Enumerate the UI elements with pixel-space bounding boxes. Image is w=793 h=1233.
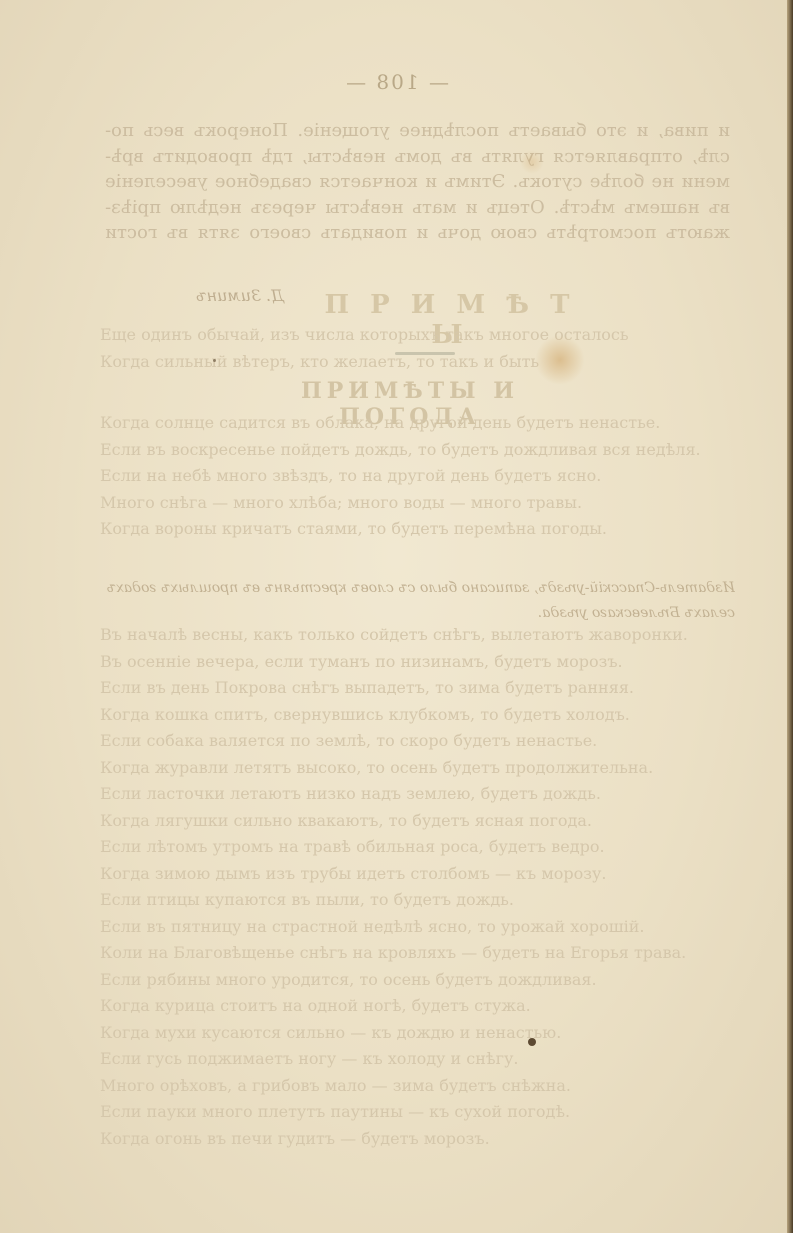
ghost-line: Если въ воскресенье пойдетъ дождь, то бу… bbox=[100, 437, 735, 464]
ghost-line: Когда кошка спитъ, свернувшись клубкомъ,… bbox=[100, 702, 735, 729]
ghost-line: Если рябины много уродится, то осень буд… bbox=[100, 967, 735, 994]
footnote: Издатель-Спасскій-уѣздъ, записано было с… bbox=[105, 576, 735, 626]
ghost-line: Если пауки много плетутъ паутины — къ су… bbox=[100, 1099, 735, 1126]
paragraph-line: въ нашемъ мѣстѣ. Отецъ и мать невѣсты че… bbox=[105, 195, 730, 221]
ghost-line: Много снѣга — много хлѣба; много воды — … bbox=[100, 490, 735, 517]
footnote-line: Издатель-Спасскій-уѣздъ, записано было с… bbox=[105, 576, 735, 601]
ghost-line: Когда вороны кричатъ стаями, то будетъ п… bbox=[100, 516, 735, 543]
ghost-line: Когда лягушки сильно квакаютъ, то будетъ… bbox=[100, 808, 735, 835]
ghost-line: Когда мухи кусаются сильно — къ дождю и … bbox=[100, 1020, 735, 1047]
ghost-line: Если ласточки летаютъ низко надъ землею,… bbox=[100, 781, 735, 808]
ghost-line: Когда зимою дымъ изъ трубы идетъ столбом… bbox=[100, 861, 735, 888]
ghost-line: Въ осенніе вечера, если туманъ по низина… bbox=[100, 649, 735, 676]
ghost-line: Если гусь поджимаетъ ногу — къ холоду и … bbox=[100, 1046, 735, 1073]
ghost-line: Если въ день Покрова снѣгъ выпадетъ, то … bbox=[100, 675, 735, 702]
paper-stain bbox=[535, 335, 585, 385]
ghost-line: Еще одинъ обычай, изъ числа которыхъ так… bbox=[100, 322, 735, 349]
decorative-rule bbox=[395, 352, 455, 355]
ghost-line: Когда курица стоитъ на одной ногѣ, будет… bbox=[100, 993, 735, 1020]
ghost-line: Если на небѣ много звѣздъ, то на другой … bbox=[100, 463, 735, 490]
scanned-book-page: — 108 — и пива, и это бываетъ послѣднее … bbox=[0, 0, 793, 1233]
ghost-line: Когда огонь въ печи гудитъ — будетъ моро… bbox=[100, 1126, 735, 1153]
ghost-line: Если лѣтомъ утромъ на травѣ обильная рос… bbox=[100, 834, 735, 861]
ghost-line: Когда журавли летятъ высоко, то осень бу… bbox=[100, 755, 735, 782]
ink-speck bbox=[528, 1038, 536, 1046]
ghost-line: Когда солнце садится въ облака, на друго… bbox=[100, 410, 735, 437]
ink-speck bbox=[213, 359, 216, 362]
ghost-line: Если въ пятницу на страстной недѣлѣ ясно… bbox=[100, 914, 735, 941]
ghost-text-block-middle: Когда солнце садится въ облака, на друго… bbox=[100, 410, 735, 543]
paragraph-line: мени не болѣе сутокъ. Этимъ и кончается … bbox=[105, 169, 730, 195]
page-number: — 108 — bbox=[0, 70, 793, 94]
ghost-line: Если собака валяется по землѣ, то скоро … bbox=[100, 728, 735, 755]
book-binding-edge bbox=[787, 0, 793, 1233]
paragraph-line: жаютъ посмотрѣть свою дочь и повидать св… bbox=[105, 220, 730, 246]
ghost-text-block-upper: Еще одинъ обычай, изъ числа которыхъ так… bbox=[100, 322, 735, 375]
ghost-line: Много орѣховъ, а грибовъ мало — зима буд… bbox=[100, 1073, 735, 1100]
ghost-line: Если птицы купаются въ пыли, то будетъ д… bbox=[100, 887, 735, 914]
paragraph-line: и пива, и это бываетъ послѣднее угощеніе… bbox=[105, 118, 730, 144]
ghost-line: Въ началѣ весны, какъ только сойдетъ снѣ… bbox=[100, 622, 735, 649]
ghost-text-block-lower: Въ началѣ весны, какъ только сойдетъ снѣ… bbox=[100, 622, 735, 1152]
top-paragraph: и пива, и это бываетъ послѣднее угощеніе… bbox=[105, 118, 730, 246]
ghost-line: Коли на Благовѣщенье снѣгъ на кровляхъ —… bbox=[100, 940, 735, 967]
paper-stain bbox=[520, 150, 544, 174]
paragraph-line: слѣ, отправляется гулять въ домъ невѣсты… bbox=[105, 144, 730, 170]
